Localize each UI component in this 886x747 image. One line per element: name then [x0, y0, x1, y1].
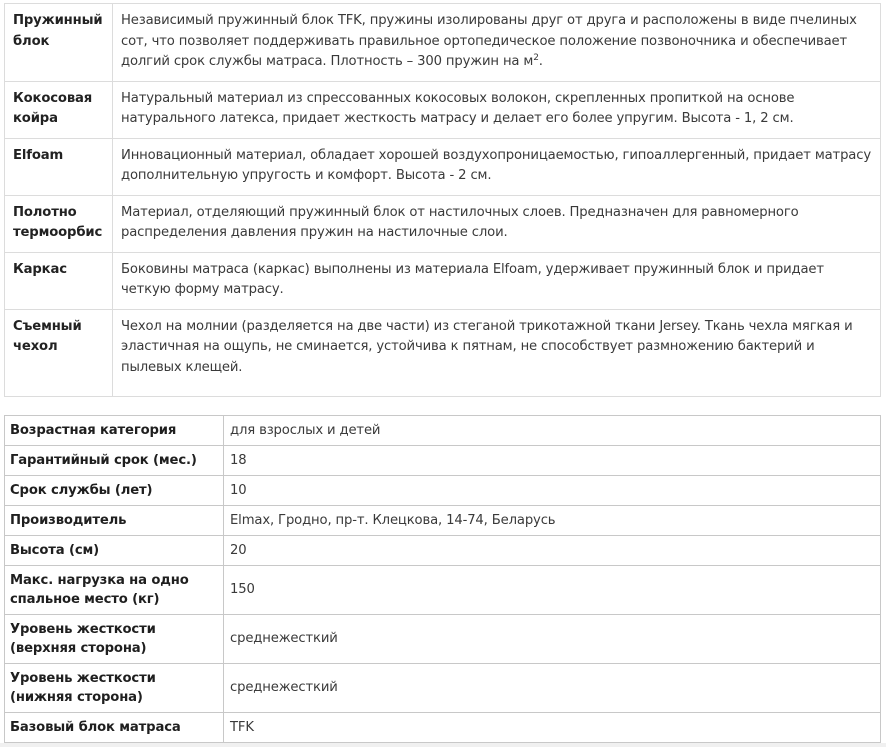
spec-label: Уровень жесткости (нижняя сторона): [5, 664, 224, 713]
table-row: Каркас Боковины матраса (каркас) выполне…: [5, 252, 881, 309]
spec-label: Возрастная категория: [5, 416, 224, 446]
table-row: Срок службы (лет) 10: [5, 476, 881, 506]
spec-label: Срок службы (лет): [5, 476, 224, 506]
spec-value: 150: [224, 566, 881, 615]
table-row: Базовый блок матраса TFK: [5, 713, 881, 743]
materials-table: Пружинный блок Независимый пружинный бло…: [4, 3, 881, 397]
spec-value: 10: [224, 476, 881, 506]
material-name: Полотно термоорбис: [5, 195, 113, 252]
material-description: Боковины матраса (каркас) выполнены из м…: [113, 252, 881, 309]
table-row: Пружинный блок Независимый пружинный бло…: [5, 4, 881, 82]
spec-value: TFK: [224, 713, 881, 743]
material-name: Каркас: [5, 252, 113, 309]
table-row: Elfoam Инновационный материал, обладает …: [5, 138, 881, 195]
table-row: Съемный чехол Чехол на молнии (разделяет…: [5, 309, 881, 396]
page-bottom-edge: [0, 743, 886, 747]
spec-label: Производитель: [5, 506, 224, 536]
table-row: Производитель Elmax, Гродно, пр-т. Клецк…: [5, 506, 881, 536]
spec-label: Макс. нагрузка на одно спальное место (к…: [5, 566, 224, 615]
table-row: Уровень жесткости (нижняя сторона) средн…: [5, 664, 881, 713]
spec-label: Уровень жесткости (верхняя сторона): [5, 615, 224, 664]
specs-table: Возрастная категория для взрослых и дете…: [4, 415, 881, 743]
table-row: Макс. нагрузка на одно спальное место (к…: [5, 566, 881, 615]
spec-value: для взрослых и детей: [224, 416, 881, 446]
description-tail: .: [539, 54, 543, 69]
material-name: Кокосовая койра: [5, 81, 113, 138]
table-row: Возрастная категория для взрослых и дете…: [5, 416, 881, 446]
table-row: Уровень жесткости (верхняя сторона) сред…: [5, 615, 881, 664]
table-row: Кокосовая койра Натуральный материал из …: [5, 81, 881, 138]
spec-value: Elmax, Гродно, пр-т. Клецкова, 14-74, Бе…: [224, 506, 881, 536]
material-name: Пружинный блок: [5, 4, 113, 82]
spec-value: 20: [224, 536, 881, 566]
table-row: Гарантийный срок (мес.) 18: [5, 446, 881, 476]
material-name: Elfoam: [5, 138, 113, 195]
material-description: Чехол на молнии (разделяется на две част…: [113, 309, 881, 396]
spec-label: Базовый блок матраса: [5, 713, 224, 743]
material-description: Независимый пружинный блок TFK, пружины …: [113, 4, 881, 82]
material-description: Инновационный материал, обладает хорошей…: [113, 138, 881, 195]
spec-value: 18: [224, 446, 881, 476]
spec-value: среднежесткий: [224, 615, 881, 664]
material-description: Натуральный материал из спрессованных ко…: [113, 81, 881, 138]
spec-label: Гарантийный срок (мес.): [5, 446, 224, 476]
material-name: Съемный чехол: [5, 309, 113, 396]
table-row: Полотно термоорбис Материал, отделяющий …: [5, 195, 881, 252]
spec-value: среднежесткий: [224, 664, 881, 713]
material-description: Материал, отделяющий пружинный блок от н…: [113, 195, 881, 252]
table-row: Высота (см) 20: [5, 536, 881, 566]
description-text: Независимый пружинный блок TFK, пружины …: [121, 13, 857, 69]
spec-label: Высота (см): [5, 536, 224, 566]
